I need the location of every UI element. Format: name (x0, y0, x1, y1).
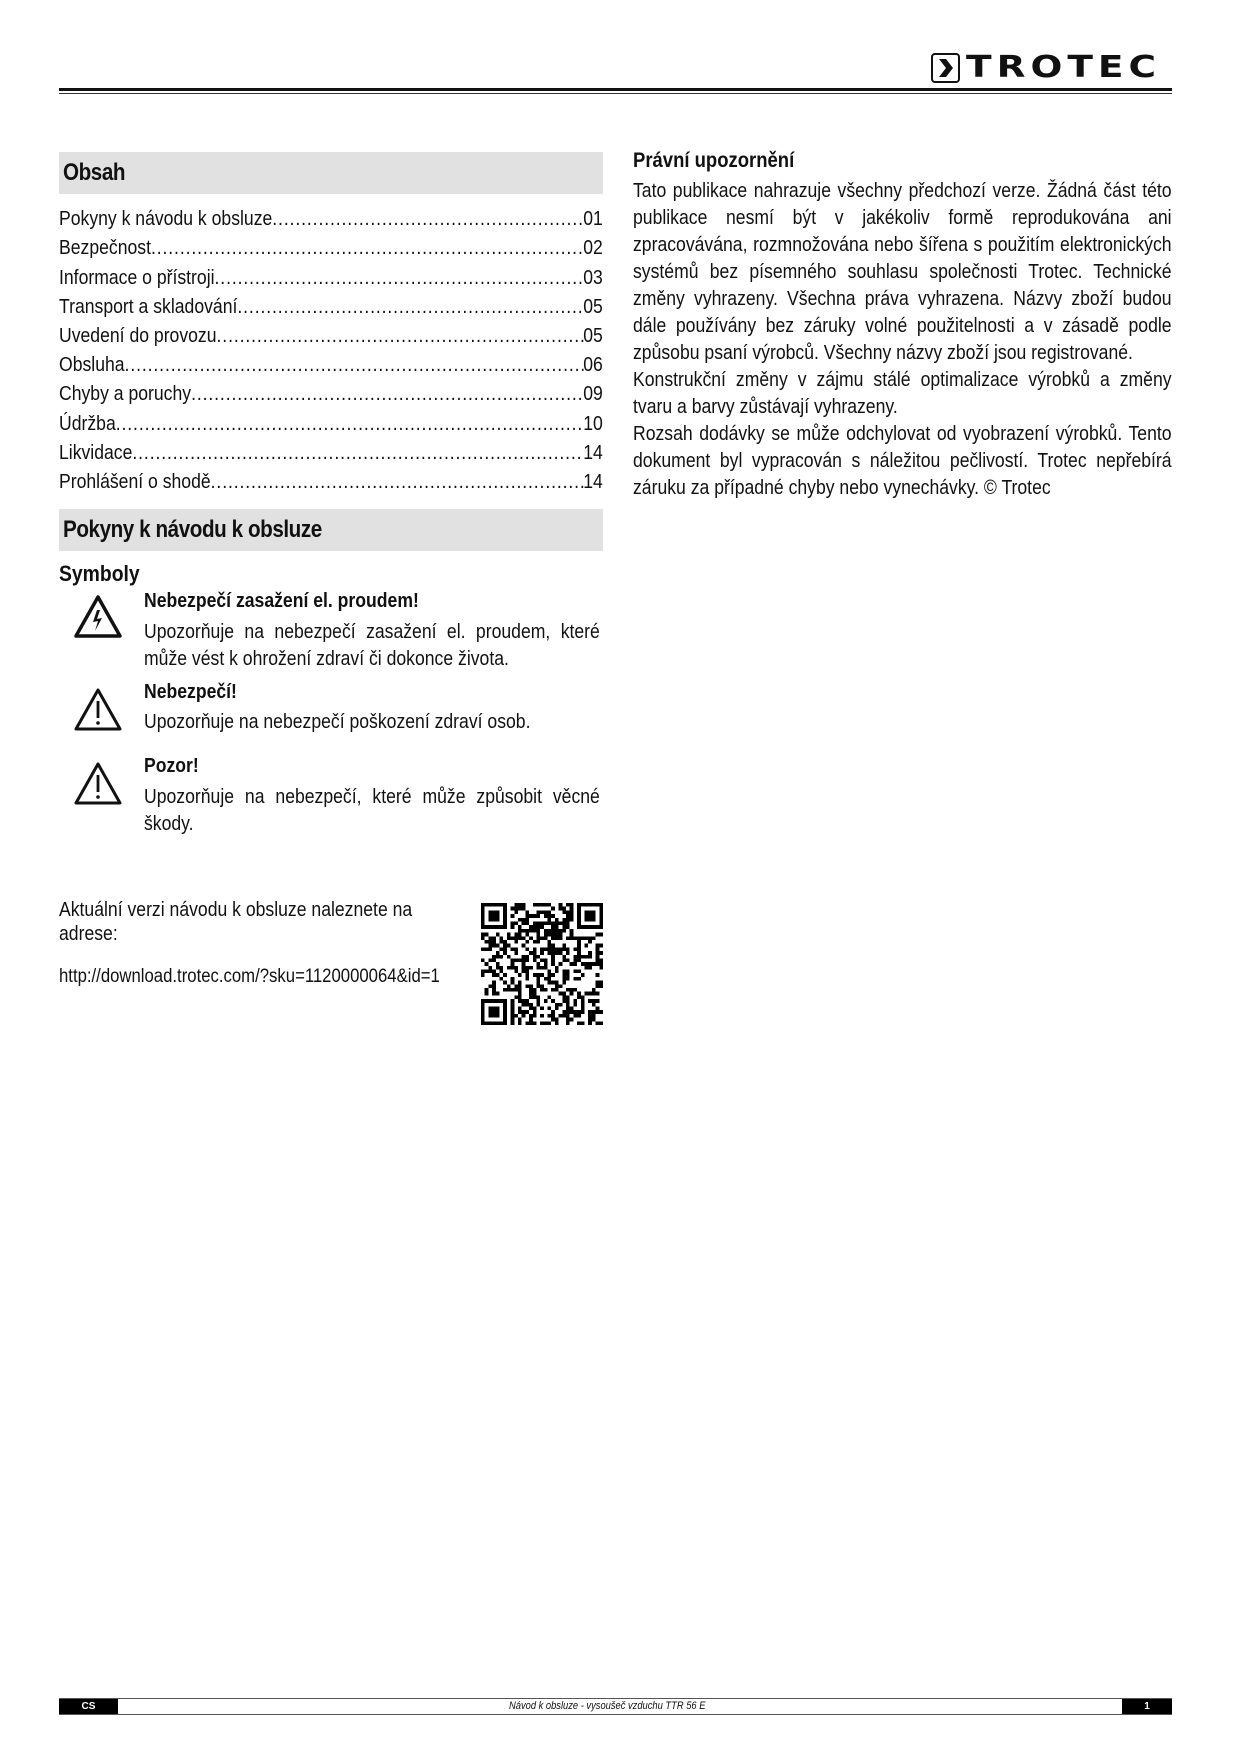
toc-leader-dots (217, 325, 584, 348)
warning-icon (73, 687, 123, 733)
symbol-description: Upozorňuje na nebezpečí, které může způs… (144, 784, 600, 838)
caution-icon (73, 761, 123, 807)
toc-entry[interactable]: Obsluha06 (59, 348, 603, 377)
document-title: Návod k obsluze - vysoušeč vzduchu TTR 5… (509, 1699, 705, 1714)
download-url-link[interactable]: http://download.trotec.com/?sku=11200000… (59, 966, 440, 988)
toc-entry[interactable]: Chyby a poruchy09 (59, 377, 603, 406)
toc-entry[interactable]: Bezpečnost02 (59, 231, 603, 260)
toc-title: Obsah (63, 159, 125, 187)
toc-entry-page: 14 (583, 442, 603, 465)
toc-entry-label: Bezpečnost (59, 237, 151, 260)
toc-entry[interactable]: Transport a skladování05 (59, 290, 603, 319)
toc-entry-page: 10 (583, 413, 603, 436)
toc-entry-label: Likvidace (59, 442, 132, 465)
table-of-contents: Pokyny k návodu k obsluze01Bezpečnost02I… (59, 202, 603, 494)
legal-notice: Tato publikace nahrazuje všechny předcho… (633, 178, 1172, 502)
toc-entry[interactable]: Údržba10 (59, 406, 603, 435)
page-footer: CS Návod k obsluze - vysoušeč vzduchu TT… (59, 1698, 1172, 1715)
toc-entry-page: 09 (583, 383, 603, 406)
toc-entry-label: Chyby a poruchy (59, 383, 191, 406)
section-heading-band: Pokyny k návodu k obsluze (59, 509, 603, 551)
toc-leader-dots (125, 354, 584, 377)
header-rule-thin (59, 93, 1172, 94)
symbol-title: Nebezpečí! (144, 681, 237, 704)
electric-hazard-icon (73, 594, 123, 640)
symbol-description: Upozorňuje na nebezpečí poškození zdraví… (144, 709, 600, 736)
toc-entry[interactable]: Informace o přístroji03 (59, 260, 603, 289)
toc-leader-dots (272, 208, 583, 231)
toc-entry-label: Informace o přístroji (59, 267, 215, 290)
toc-entry[interactable]: Uvedení do provozu05 (59, 319, 603, 348)
page-number: 1 (1122, 1699, 1172, 1714)
toc-entry-page: 06 (583, 354, 603, 377)
toc-entry-label: Transport a skladování (59, 296, 237, 319)
trotec-logo: TROTEC (931, 51, 1122, 84)
symbol-title: Pozor! (144, 755, 199, 778)
toc-leader-dots (237, 296, 583, 319)
toc-leader-dots (132, 442, 583, 465)
download-info-text: Aktuální verzi návodu k obsluze naleznet… (59, 898, 437, 946)
toc-entry[interactable]: Prohlášení o shodě14 (59, 465, 603, 494)
toc-entry-label: Uvedení do provozu (59, 325, 217, 348)
toc-leader-dots (211, 471, 584, 494)
toc-leader-dots (191, 383, 583, 406)
toc-heading-band: Obsah (59, 152, 603, 194)
language-badge: CS (59, 1699, 118, 1714)
toc-entry-page: 05 (583, 296, 603, 319)
toc-leader-dots (116, 413, 584, 436)
toc-entry-page: 14 (583, 471, 603, 494)
toc-entry[interactable]: Likvidace14 (59, 436, 603, 465)
symbol-title: Nebezpečí zasažení el. proudem! (144, 590, 419, 613)
legal-title: Právní upozornění (633, 149, 794, 173)
chevron-right-box-icon (931, 53, 960, 83)
toc-entry[interactable]: Pokyny k návodu k obsluze01 (59, 202, 603, 231)
toc-entry-page: 03 (583, 267, 603, 290)
legal-paragraph: Tato publikace nahrazuje všechny předcho… (633, 178, 1172, 367)
toc-entry-page: 05 (583, 325, 603, 348)
qr-code-icon[interactable] (481, 903, 603, 1025)
symbol-description: Upozorňuje na nebezpečí zasažení el. pro… (144, 619, 600, 673)
header-rule-thick (59, 88, 1172, 91)
toc-entry-label: Pokyny k návodu k obsluze (59, 208, 272, 231)
brand-wordmark: TROTEC (966, 53, 1161, 83)
toc-entry-page: 01 (583, 208, 603, 231)
legal-paragraph: Rozsah dodávky se může odchylovat od vyo… (633, 421, 1172, 502)
toc-entry-label: Údržba (59, 413, 116, 436)
section-title: Pokyny k návodu k obsluze (63, 516, 322, 544)
toc-entry-label: Prohlášení o shodě (59, 471, 211, 494)
toc-entry-page: 02 (583, 237, 603, 260)
legal-paragraph: Konstrukční změny v zájmu stálé optimali… (633, 367, 1172, 421)
symbols-subheading: Symboly (59, 561, 140, 587)
toc-leader-dots (151, 237, 583, 260)
toc-entry-label: Obsluha (59, 354, 125, 377)
toc-leader-dots (215, 267, 584, 290)
